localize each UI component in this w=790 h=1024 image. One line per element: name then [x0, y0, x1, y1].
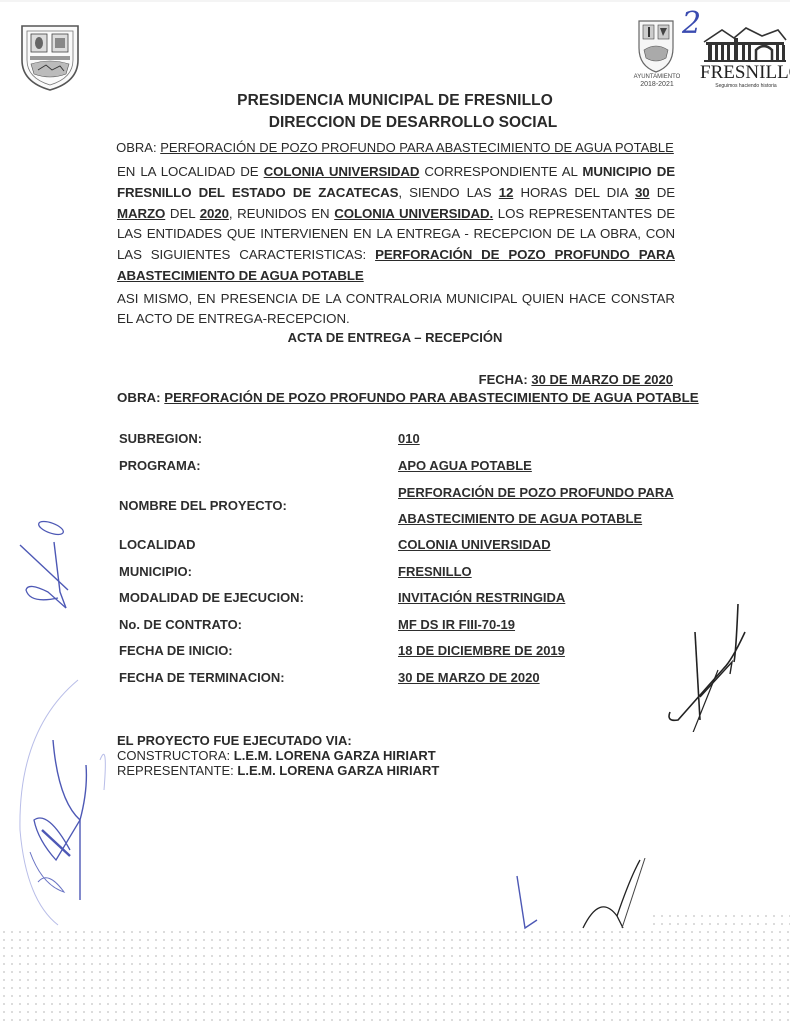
- document-subtitle: DIRECCION DE DESARROLLO SOCIAL: [18, 114, 790, 132]
- obra-heading-label: OBRA:: [116, 140, 156, 155]
- intro-hour: 12: [499, 185, 514, 200]
- acta-date: FECHA: 30 DE MARZO DE 2020: [117, 372, 673, 387]
- intro-text: , REUNIDOS EN: [229, 206, 334, 221]
- acta-date-value: 30 DE MARZO DE 2020: [531, 372, 673, 387]
- intro-month: MARZO: [117, 206, 165, 221]
- intro-paragraph: EN LA LOCALIDAD DE COLONIA UNIVERSIDAD C…: [117, 162, 675, 287]
- detail-label-contrato: No. DE CONTRATO:: [119, 617, 242, 632]
- municipal-shield-logo-left: [18, 20, 82, 92]
- dotted-pattern-footer: [0, 928, 790, 1024]
- obra-heading-value: PERFORACIÓN DE POZO PROFUNDO PARA ABASTE…: [160, 140, 674, 155]
- detail-label-programa: PROGRAMA:: [119, 458, 201, 473]
- contraloria-paragraph: ASI MISMO, EN PRESENCIA DE LA CONTRALORI…: [117, 289, 675, 329]
- detail-value-fecha-terminacion: 30 DE MARZO DE 2020: [398, 670, 540, 685]
- signature-large-blue: [8, 670, 118, 930]
- detail-label-modalidad: MODALIDAD DE EJECUCION:: [119, 590, 304, 605]
- ayuntamiento-shield-logo: [636, 18, 676, 74]
- acta-obra-label: OBRA:: [117, 390, 161, 405]
- ayuntamiento-period: 2018-2021: [632, 81, 682, 88]
- dotted-pattern-notch: [650, 912, 790, 928]
- detail-value-subregion: 010: [398, 431, 420, 446]
- intro-text: CORRESPONDIENTE AL: [419, 164, 582, 179]
- constructora-line: CONSTRUCTORA: L.E.M. LORENA GARZA HIRIAR…: [117, 748, 439, 763]
- fresnillo-wordmark: FRESNILLO: [700, 62, 788, 84]
- detail-label-localidad: LOCALIDAD: [119, 537, 196, 552]
- intro-place: COLONIA UNIVERSIDAD.: [334, 206, 493, 221]
- signature-black-right: [660, 592, 760, 732]
- detail-value-programa: APO AGUA POTABLE: [398, 458, 532, 473]
- detail-label-subregion: SUBREGION:: [119, 431, 202, 446]
- representante-line: REPRESENTANTE: L.E.M. LORENA GARZA HIRIA…: [117, 763, 439, 778]
- scan-edge: [0, 0, 790, 2]
- detail-label-fecha-terminacion: FECHA DE TERMINACION:: [119, 670, 285, 685]
- constructora-label: CONSTRUCTORA:: [117, 748, 230, 763]
- acta-obra-value: PERFORACIÓN DE POZO PROFUNDO PARA ABASTE…: [164, 390, 698, 405]
- intro-text: HORAS DEL DIA: [513, 185, 635, 200]
- detail-value-proyecto: PERFORACIÓN DE POZO PROFUNDO PARA: [398, 485, 674, 500]
- detail-value-fecha-inicio: 18 DE DICIEMBRE DE 2019: [398, 643, 565, 658]
- handwritten-page-number: 2: [682, 6, 701, 41]
- constructora-value: L.E.M. LORENA GARZA HIRIART: [234, 748, 436, 763]
- intro-text: EN LA LOCALIDAD DE: [117, 164, 264, 179]
- execution-block: EL PROYECTO FUE EJECUTADO VIA: CONSTRUCT…: [117, 733, 439, 778]
- acta-date-label: FECHA:: [479, 372, 528, 387]
- intro-year: 2020: [200, 206, 229, 221]
- intro-text: DEL: [165, 206, 199, 221]
- detail-value-municipio: FRESNILLO: [398, 564, 472, 579]
- acta-title: ACTA DE ENTREGA – RECEPCIÓN: [0, 330, 790, 345]
- signature-initials-blue: [18, 510, 78, 620]
- intro-text: DE: [650, 185, 675, 200]
- signature-bottom: [505, 858, 655, 933]
- detail-value-proyecto-line2: ABASTECIMIENTO DE AGUA POTABLE: [398, 511, 642, 526]
- detail-label-proyecto: NOMBRE DEL PROYECTO:: [119, 498, 287, 513]
- detail-value-modalidad: INVITACIÓN RESTRINGIDA: [398, 590, 565, 605]
- intro-day: 30: [635, 185, 650, 200]
- fresnillo-tagline: Seguimos haciendo historia: [708, 83, 784, 89]
- detail-label-fecha-inicio: FECHA DE INICIO:: [119, 643, 233, 658]
- representante-label: REPRESENTANTE:: [117, 763, 234, 778]
- obra-heading: OBRA: PERFORACIÓN DE POZO PROFUNDO PARA …: [0, 140, 790, 155]
- fresnillo-brand-logo: FRESNILLO Seguimos haciendo historia: [700, 24, 788, 96]
- detail-label-municipio: MUNICIPIO:: [119, 564, 192, 579]
- ayuntamiento-caption: AYUNTAMIENTO 2018-2021: [632, 74, 682, 88]
- acta-obra: OBRA: PERFORACIÓN DE POZO PROFUNDO PARA …: [117, 390, 699, 405]
- ayuntamiento-label: AYUNTAMIENTO: [632, 74, 682, 81]
- intro-locality: COLONIA UNIVERSIDAD: [264, 164, 420, 179]
- detail-value-localidad: COLONIA UNIVERSIDAD: [398, 537, 551, 552]
- execution-heading: EL PROYECTO FUE EJECUTADO VIA:: [117, 733, 439, 748]
- representante-value: L.E.M. LORENA GARZA HIRIART: [237, 763, 439, 778]
- document-title: PRESIDENCIA MUNICIPAL DE FRESNILLO: [0, 92, 790, 110]
- fresnillo-skyline-icon: [700, 24, 788, 64]
- intro-text: , SIENDO LAS: [398, 185, 498, 200]
- detail-value-contrato: MF DS IR FIII-70-19: [398, 617, 515, 632]
